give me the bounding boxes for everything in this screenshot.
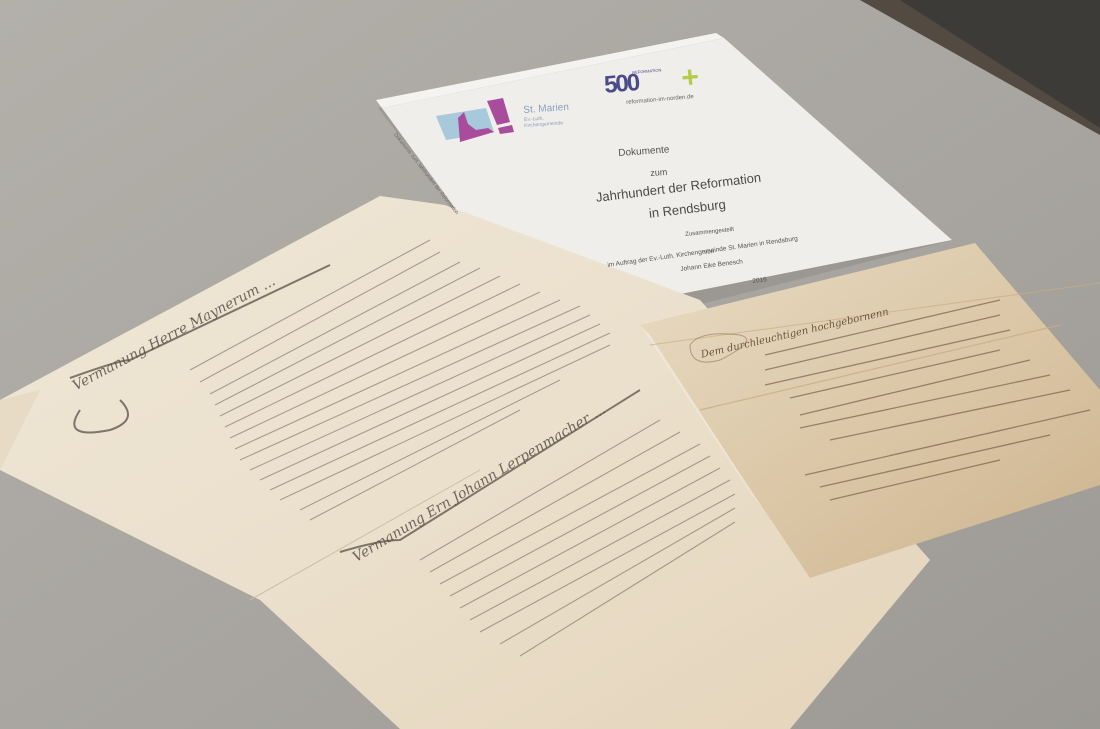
booklet-spine-text: Dokumente zum Jahrhundert der Reformatio… [392, 132, 459, 216]
cover-title-line1: Jahrhundert der Reformation [595, 170, 762, 205]
reformation-plus-icon: + [680, 60, 700, 95]
cover-year: 2016 [752, 276, 767, 285]
reformation-word: REFORMATION [632, 67, 662, 75]
st-marien-name: St. Marien [523, 102, 569, 116]
cover-compiled: Zusammengestellt [685, 227, 734, 238]
cover-title-line2: in Rendsburg [648, 197, 727, 221]
cover-dokumente: Dokumente [618, 144, 670, 159]
cover-author: Johann Eike Benesch [680, 258, 743, 273]
cover-zum: zum [650, 167, 668, 178]
cover-von: von [704, 249, 714, 256]
st-marien-sub2: Kirchengemeinde [524, 120, 563, 129]
photo-scene: St. Marien Ev.-Luth. Kirchengemeinde 500… [0, 0, 1100, 729]
booklet: St. Marien Ev.-Luth. Kirchengemeinde 500… [0, 0, 1100, 729]
